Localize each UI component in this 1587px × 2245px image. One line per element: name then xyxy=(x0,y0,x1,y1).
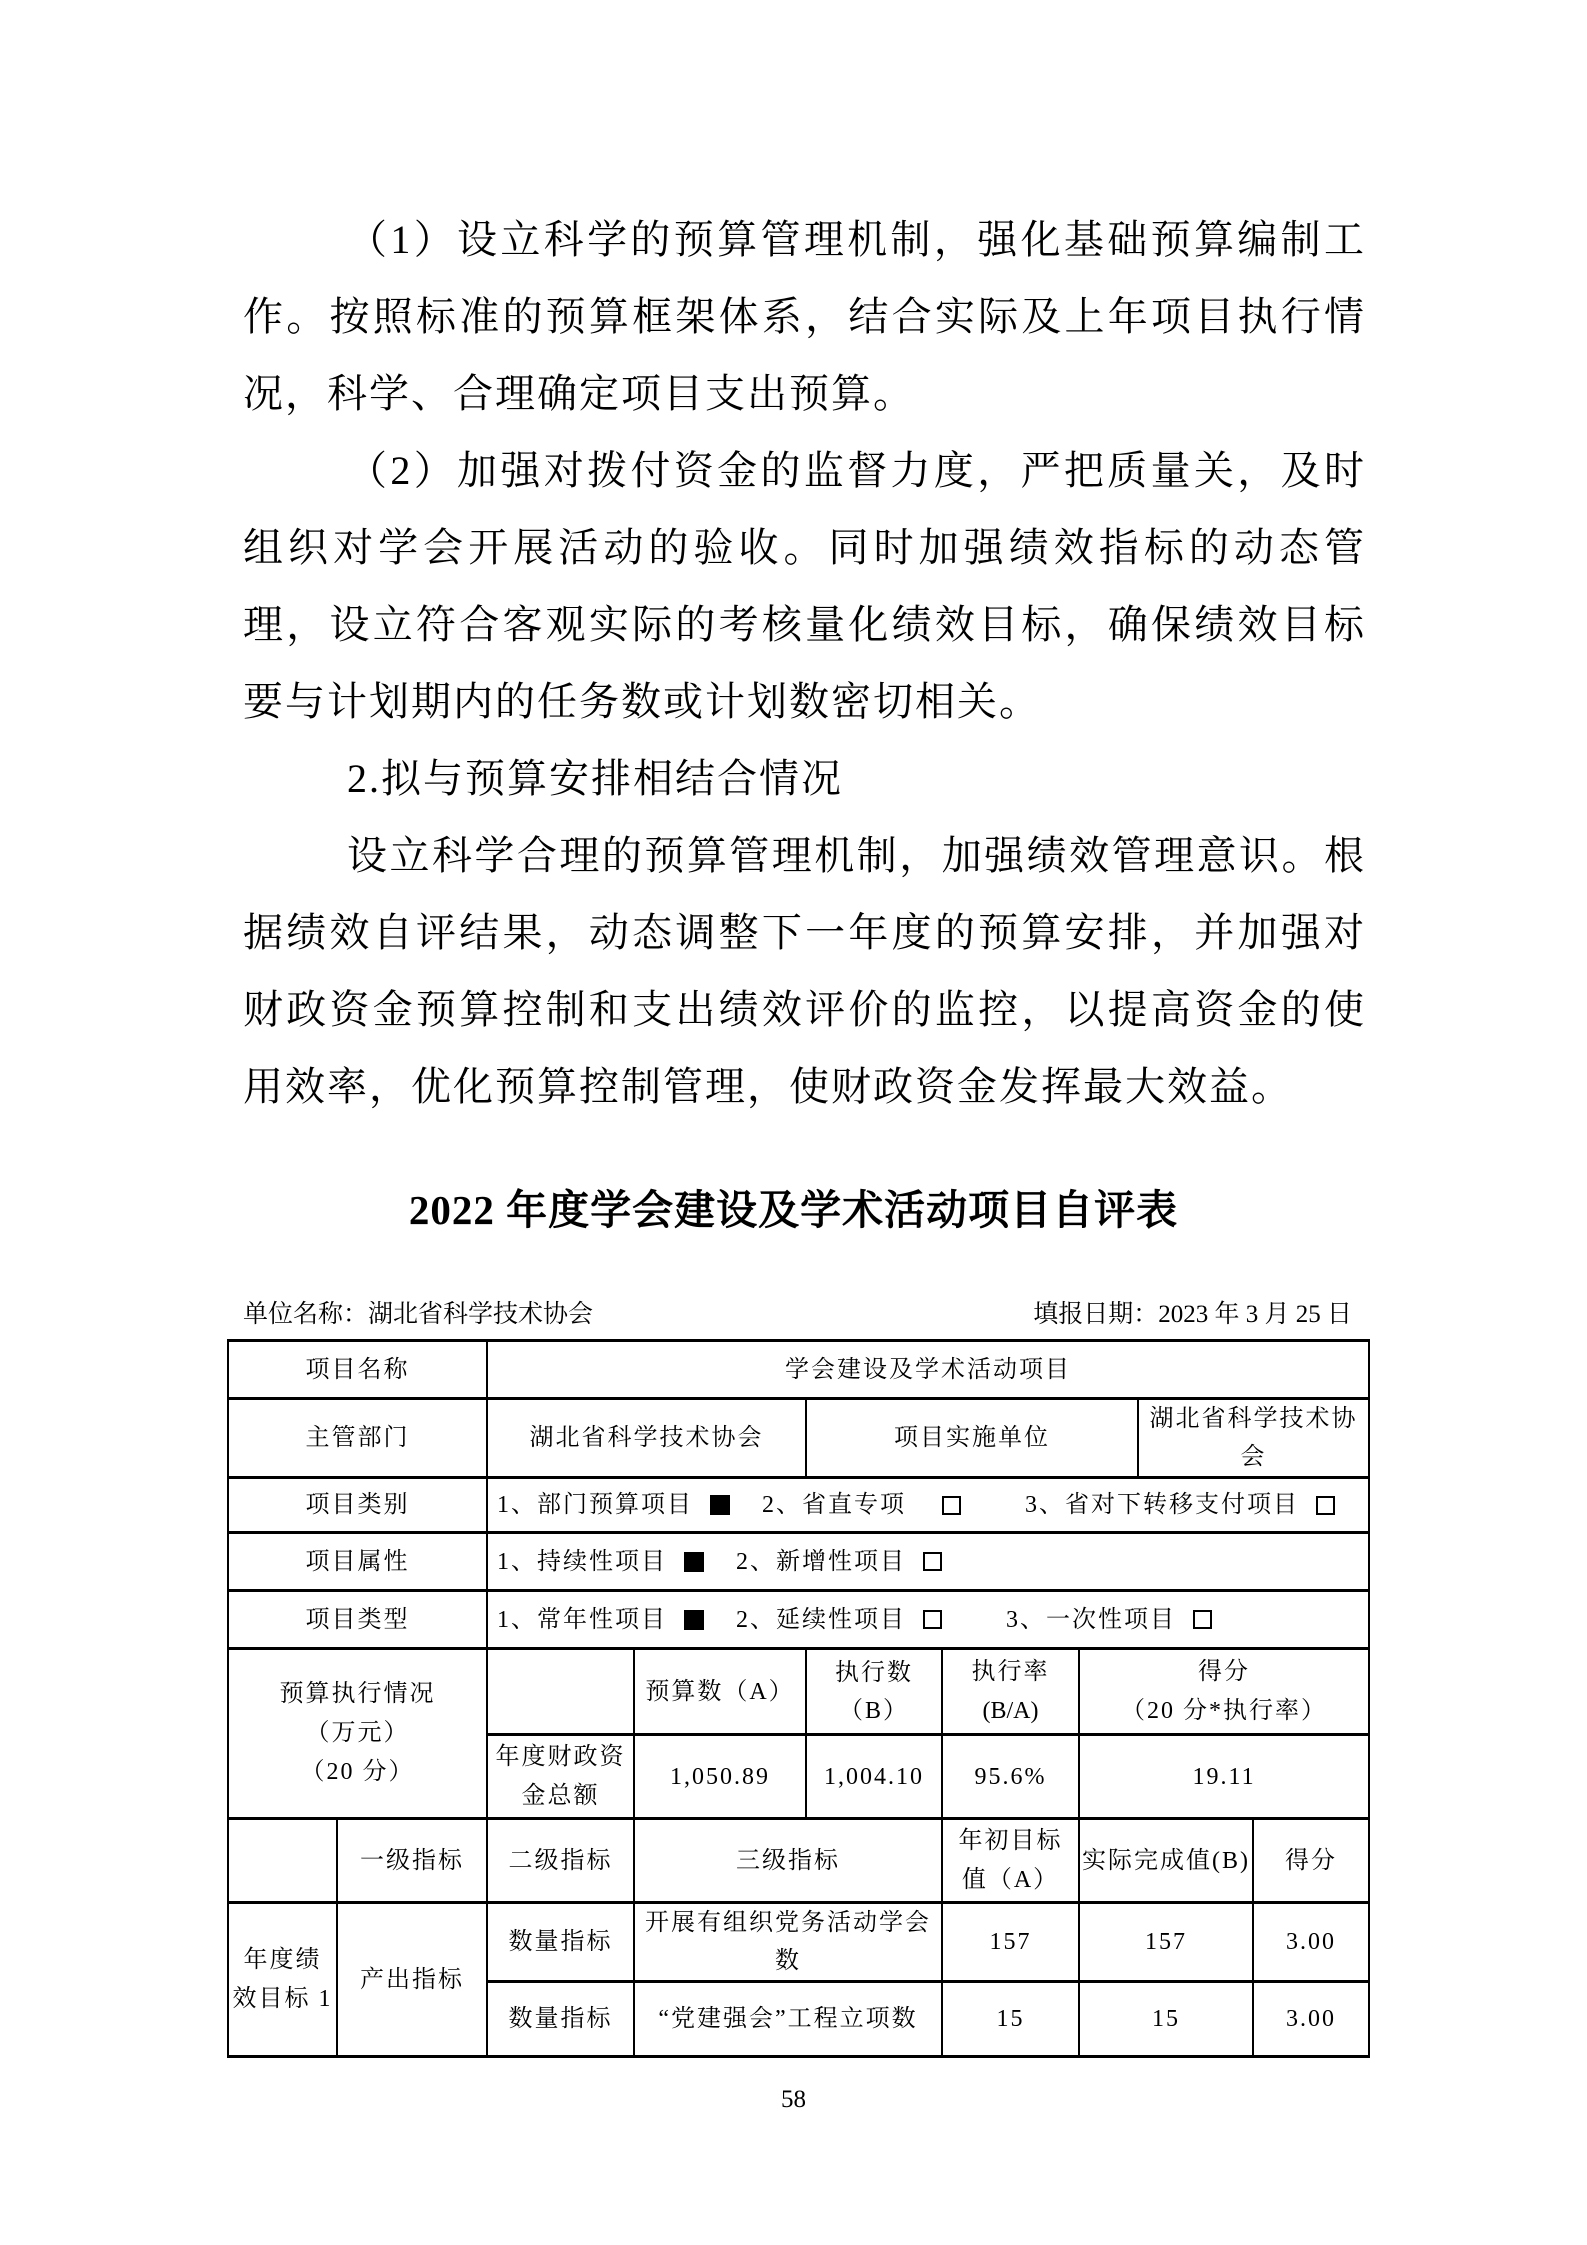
type-option-3: 3、一次性项目 xyxy=(1006,1601,1212,1639)
indicator-level2: 数量指标 xyxy=(487,1903,634,1982)
option-label: 2、省直专项 xyxy=(762,1486,906,1524)
category-option-2: 2、省直专项 xyxy=(762,1486,961,1524)
category-option-1: 1、部门预算项目 xyxy=(497,1486,730,1524)
type-option-1: 1、常年性项目 xyxy=(497,1601,704,1639)
indicator-actual: 15 xyxy=(1079,1982,1253,2057)
checkbox-empty-icon xyxy=(923,1552,942,1571)
form-title: 2022 年度学会建设及学术活动项目自评表 xyxy=(0,1186,1587,1234)
indicator-level2: 数量指标 xyxy=(487,1982,634,2057)
budget-col-header: 预算数（A） xyxy=(634,1649,806,1735)
paragraph-3: 2.拟与预算安排相结合情况 xyxy=(243,740,1366,817)
primary-indicator-label: 产出指标 xyxy=(337,1903,487,2057)
option-label: 1、常年性项目 xyxy=(497,1601,667,1639)
indicator-score: 3.00 xyxy=(1253,1982,1369,2057)
table-left-border-tail xyxy=(227,2043,229,2056)
indicator-level3: “党建强会”工程立项数 xyxy=(634,1982,942,2057)
actual-header: 实际完成值(B) xyxy=(1079,1819,1253,1903)
checkbox-filled-icon xyxy=(684,1552,704,1572)
annual-goal-label: 年度绩 效目标 1 xyxy=(228,1903,337,2057)
table-row: 一级指标 二级指标 三级指标 年初目标 值（A） 实际完成值(B) 得分 xyxy=(228,1819,1369,1903)
exec-col-header: 执行数（B） xyxy=(806,1649,942,1735)
implementing-unit-value: 湖北省科学技术协会 xyxy=(1138,1399,1369,1478)
level3-header: 三级指标 xyxy=(634,1819,942,1903)
rate-value: 95.6% xyxy=(942,1735,1079,1819)
checkbox-empty-icon xyxy=(1316,1496,1335,1515)
checkbox-empty-icon xyxy=(923,1610,942,1629)
document-page: （1）设立科学的预算管理机制，强化基础预算编制工作。按照标准的预算框架体系，结合… xyxy=(0,0,1587,2245)
supervisor-label: 主管部门 xyxy=(228,1399,487,1478)
body-text-block: （1）设立科学的预算管理机制，强化基础预算编制工作。按照标准的预算框架体系，结合… xyxy=(243,201,1366,1125)
rate-col-header: 执行率 (B/A) xyxy=(942,1649,1079,1735)
table-row: 项目名称 学会建设及学术活动项目 xyxy=(228,1341,1369,1399)
checkbox-empty-icon xyxy=(1193,1610,1212,1629)
category-options: 1、部门预算项目 2、省直专项 3、省对下转移支付项目 xyxy=(488,1486,1368,1524)
type-label: 项目类型 xyxy=(228,1591,487,1649)
attribute-option-1: 1、持续性项目 xyxy=(497,1543,704,1581)
category-option-3: 3、省对下转移支付项目 xyxy=(1025,1486,1335,1524)
paragraph-2: （2）加强对拨付资金的监督力度，严把质量关，及时组织对学会开展活动的验收。同时加… xyxy=(243,432,1366,740)
indicator-spacer xyxy=(228,1819,337,1903)
score-value: 19.11 xyxy=(1079,1735,1369,1819)
table-row: 主管部门 湖北省科学技术协会 项目实施单位 湖北省科学技术协会 xyxy=(228,1399,1369,1478)
target-header: 年初目标 值（A） xyxy=(942,1819,1079,1903)
checkbox-empty-icon xyxy=(942,1496,961,1515)
score-col-header: 得分 （20 分*执行率） xyxy=(1079,1649,1369,1735)
unit-name-label: 单位名称：湖北省科学技术协会 xyxy=(243,1300,593,1330)
level2-header: 二级指标 xyxy=(487,1819,634,1903)
option-label: 3、省对下转移支付项目 xyxy=(1025,1486,1299,1524)
score-header: 得分 xyxy=(1253,1819,1369,1903)
table-row: 年度绩 效目标 1 产出指标 数量指标 开展有组织党务活动学会数 157 157… xyxy=(228,1903,1369,1982)
option-label: 1、部门预算项目 xyxy=(497,1486,693,1524)
option-label: 3、一次性项目 xyxy=(1006,1601,1176,1639)
type-option-2: 2、延续性项目 xyxy=(736,1601,942,1639)
indicator-actual: 157 xyxy=(1079,1903,1253,1982)
paragraph-4: 设立科学合理的预算管理机制，加强绩效管理意识。根据绩效自评结果，动态调整下一年度… xyxy=(243,817,1366,1125)
category-label: 项目类别 xyxy=(228,1478,487,1533)
supervisor-value: 湖北省科学技术协会 xyxy=(487,1399,806,1478)
table-row: 项目属性 1、持续性项目 2、新增性项目 xyxy=(228,1533,1369,1591)
page-number: 58 xyxy=(0,2086,1587,2114)
table-row: 预算执行情况 （万元） （20 分） 预算数（A） 执行数（B） 执行率 (B/… xyxy=(228,1649,1369,1735)
self-evaluation-table: 项目名称 学会建设及学术活动项目 主管部门 湖北省科学技术协会 项目实施单位 湖… xyxy=(227,1339,1370,2058)
paragraph-1: （1）设立科学的预算管理机制，强化基础预算编制工作。按照标准的预算框架体系，结合… xyxy=(243,201,1366,432)
indicator-target: 157 xyxy=(942,1903,1079,1982)
report-date-label: 填报日期：2023 年 3 月 25 日 xyxy=(1033,1300,1352,1330)
table-row: 项目类型 1、常年性项目 2、延续性项目 3、一次性项目 xyxy=(228,1591,1369,1649)
checkbox-filled-icon xyxy=(684,1610,704,1630)
exec-value: 1,004.10 xyxy=(806,1735,942,1819)
attribute-options: 1、持续性项目 2、新增性项目 xyxy=(488,1543,1368,1581)
indicator-score: 3.00 xyxy=(1253,1903,1369,1982)
checkbox-filled-icon xyxy=(710,1495,730,1515)
annual-fund-label: 年度财政资 金总额 xyxy=(487,1735,634,1819)
level1-header: 一级指标 xyxy=(337,1819,487,1903)
option-label: 2、新增性项目 xyxy=(736,1543,906,1581)
table-row: 项目类别 1、部门预算项目 2、省直专项 3、省对下转移支付项目 xyxy=(228,1478,1369,1533)
attribute-option-2: 2、新增性项目 xyxy=(736,1543,942,1581)
budget-section-label: 预算执行情况 （万元） （20 分） xyxy=(228,1649,487,1819)
project-name-label: 项目名称 xyxy=(228,1341,487,1399)
project-name-value: 学会建设及学术活动项目 xyxy=(487,1341,1369,1399)
budget-subrow-spacer xyxy=(487,1649,634,1735)
attribute-label: 项目属性 xyxy=(228,1533,487,1591)
budget-value: 1,050.89 xyxy=(634,1735,806,1819)
indicator-level3: 开展有组织党务活动学会数 xyxy=(634,1903,942,1982)
indicator-target: 15 xyxy=(942,1982,1079,2057)
option-label: 2、延续性项目 xyxy=(736,1601,906,1639)
option-label: 1、持续性项目 xyxy=(497,1543,667,1581)
type-options: 1、常年性项目 2、延续性项目 3、一次性项目 xyxy=(488,1601,1368,1639)
implementing-unit-label: 项目实施单位 xyxy=(806,1399,1138,1478)
